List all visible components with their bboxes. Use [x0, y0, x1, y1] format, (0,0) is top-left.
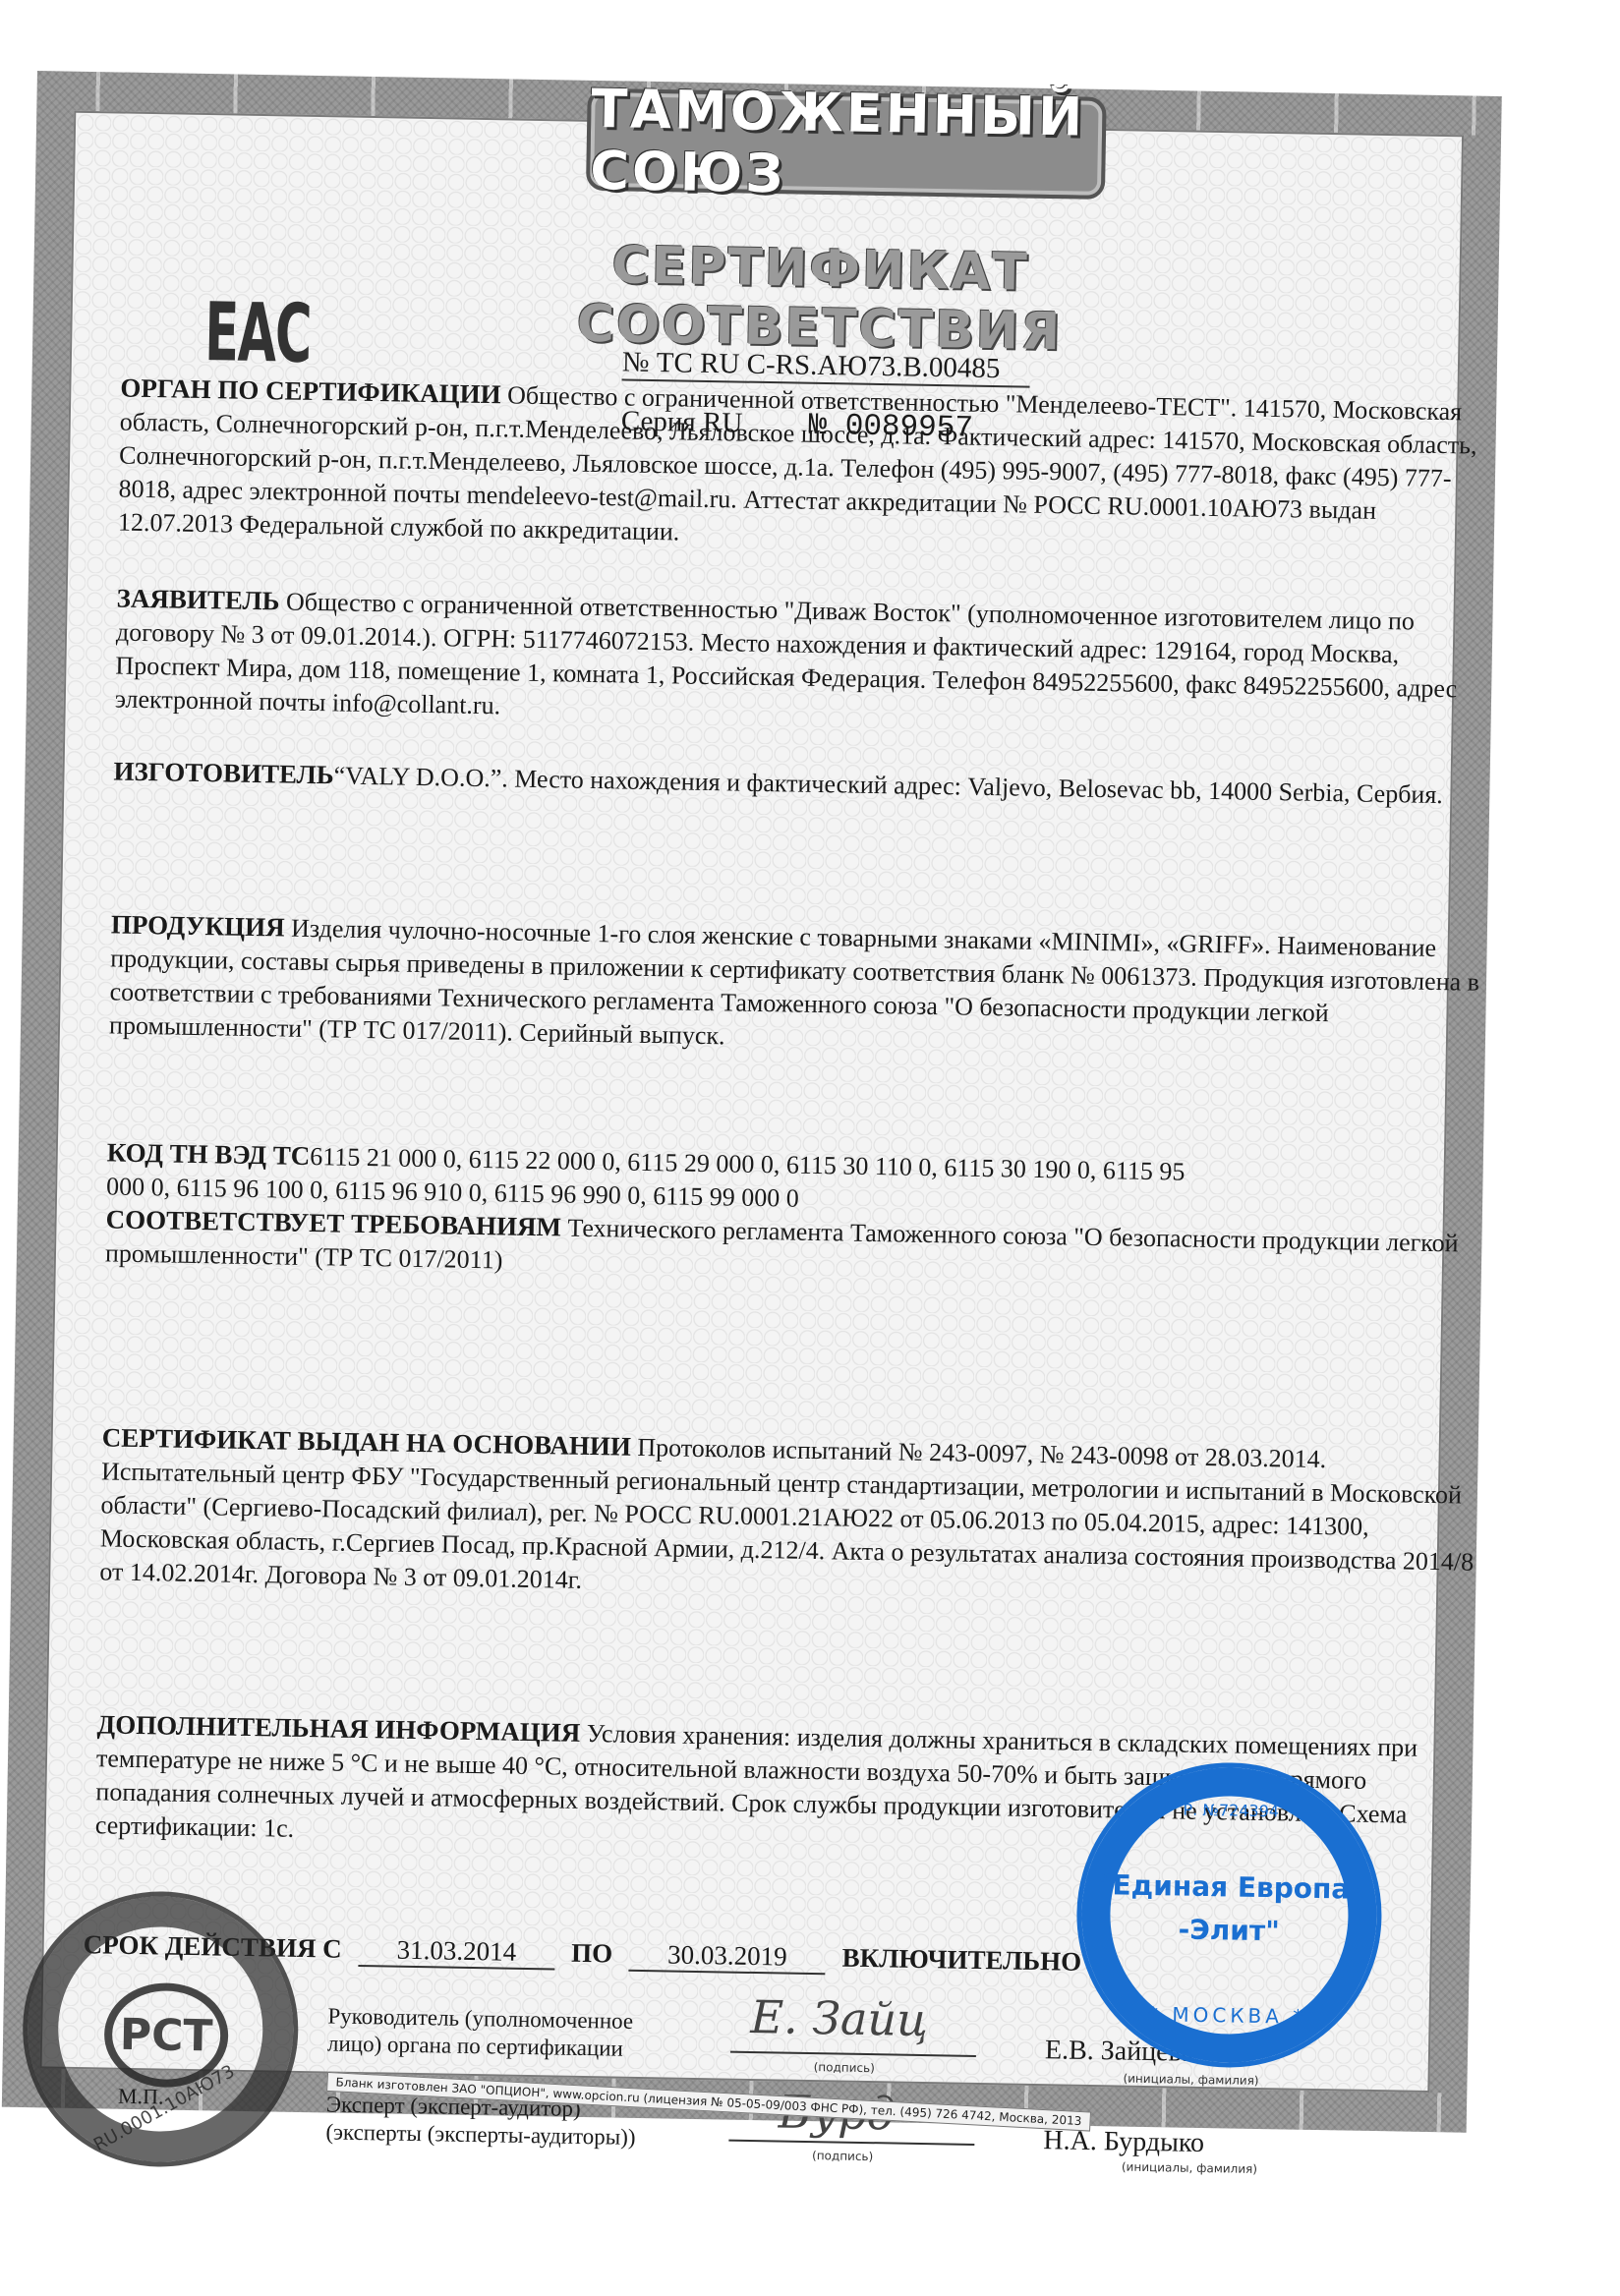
section-heading: СЕРТИФИКАТ ВЫДАН НА ОСНОВАНИИ	[101, 1422, 631, 1461]
stamp-center-line-2: -Элит"	[1081, 1907, 1377, 1955]
certificate-sheet: ТАМОЖЕННЫЙ СОЮЗ СЕРТИФИКАТ СООТВЕТСТВИЯ …	[2, 71, 1502, 2133]
expert-signature-caption: (подпись)	[812, 2149, 873, 2163]
section-heading: ПРОДУКЦИЯ	[111, 909, 285, 942]
section-heading: ИЗГОТОВИТЕЛЬ	[113, 756, 334, 789]
stamp-center-text: "Единая Европа- -Элит"	[1081, 1864, 1377, 1955]
validity-date-to: 30.03.2019	[629, 1939, 827, 1975]
head-role-line-2: лицо) органа по сертификации	[327, 2030, 633, 2062]
head-signature-caption: (подпись)	[814, 2060, 875, 2075]
stamp-city: * МОСКВА *	[1079, 2001, 1374, 2030]
section-heading: ЗАЯВИТЕЛЬ	[116, 583, 279, 615]
stamp-center-line-1: "Единая Европа-	[1082, 1864, 1378, 1912]
section-text: Протоколов испытаний № 243-0097, № 243-0…	[99, 1433, 1474, 1594]
validity-date-from: 31.03.2014	[358, 1934, 555, 1970]
customs-union-label: ТАМОЖЕННЫЙ СОЮЗ	[590, 78, 1103, 210]
expert-name-caption: (инициалы, фамилия)	[1122, 2160, 1257, 2176]
section-heading: ОРГАН ПО СЕРТИФИКАЦИИ	[120, 373, 501, 410]
section-heading: КОД ТН ВЭД ТС	[107, 1137, 311, 1171]
section-heading: СООТВЕТСТВУЕТ ТРЕБОВАНИЯМ	[105, 1204, 561, 1241]
head-name-caption: (инициалы, фамилия)	[1123, 2072, 1258, 2088]
section-product: ПРОДУКЦИЯ Изделия чулочно-носочные 1-го …	[109, 907, 1487, 1065]
section-heading: ДОПОЛНИТЕЛЬНАЯ ИНФОРМАЦИЯ	[96, 1709, 580, 1748]
eac-mark-icon: EAC	[204, 286, 312, 381]
section-text: Общество с ограниченной ответственностью…	[115, 588, 1458, 720]
applicant-stamp-icon: Р. №724394 "Единая Европа- -Элит" * МОСК…	[1074, 1760, 1384, 2070]
section-applicant: ЗАЯВИТЕЛЬ Общество с ограниченной ответс…	[115, 581, 1493, 739]
customs-union-banner: ТАМОЖЕННЫЙ СОЮЗ	[586, 88, 1107, 200]
section-basis: СЕРТИФИКАТ ВЫДАН НА ОСНОВАНИИ Протоколов…	[99, 1420, 1478, 1612]
expert-signature-line	[728, 2140, 974, 2146]
section-certification-body: ОРГАН ПО СЕРТИФИКАЦИИ Общество с огранич…	[118, 372, 1497, 563]
head-role: Руководитель (уполномоченное лицо) орган…	[327, 2002, 634, 2062]
certificate-title: СЕРТИФИКАТ СООТВЕТСТВИЯ	[465, 234, 1175, 365]
validity-to-label: ПО	[571, 1938, 613, 1969]
head-signature-icon: Е. Зайц	[750, 1990, 929, 2046]
validity-inclusive-label: ВКЛЮЧИТЕЛЬНО	[841, 1943, 1081, 1977]
stamp-rim-text: Р. №724394	[1083, 1799, 1378, 1822]
section-text: Изделия чулочно-носочные 1-го слоя женск…	[109, 914, 1479, 1051]
expert-role-line-2: (эксперты (эксперты-аудиторы))	[325, 2118, 636, 2151]
